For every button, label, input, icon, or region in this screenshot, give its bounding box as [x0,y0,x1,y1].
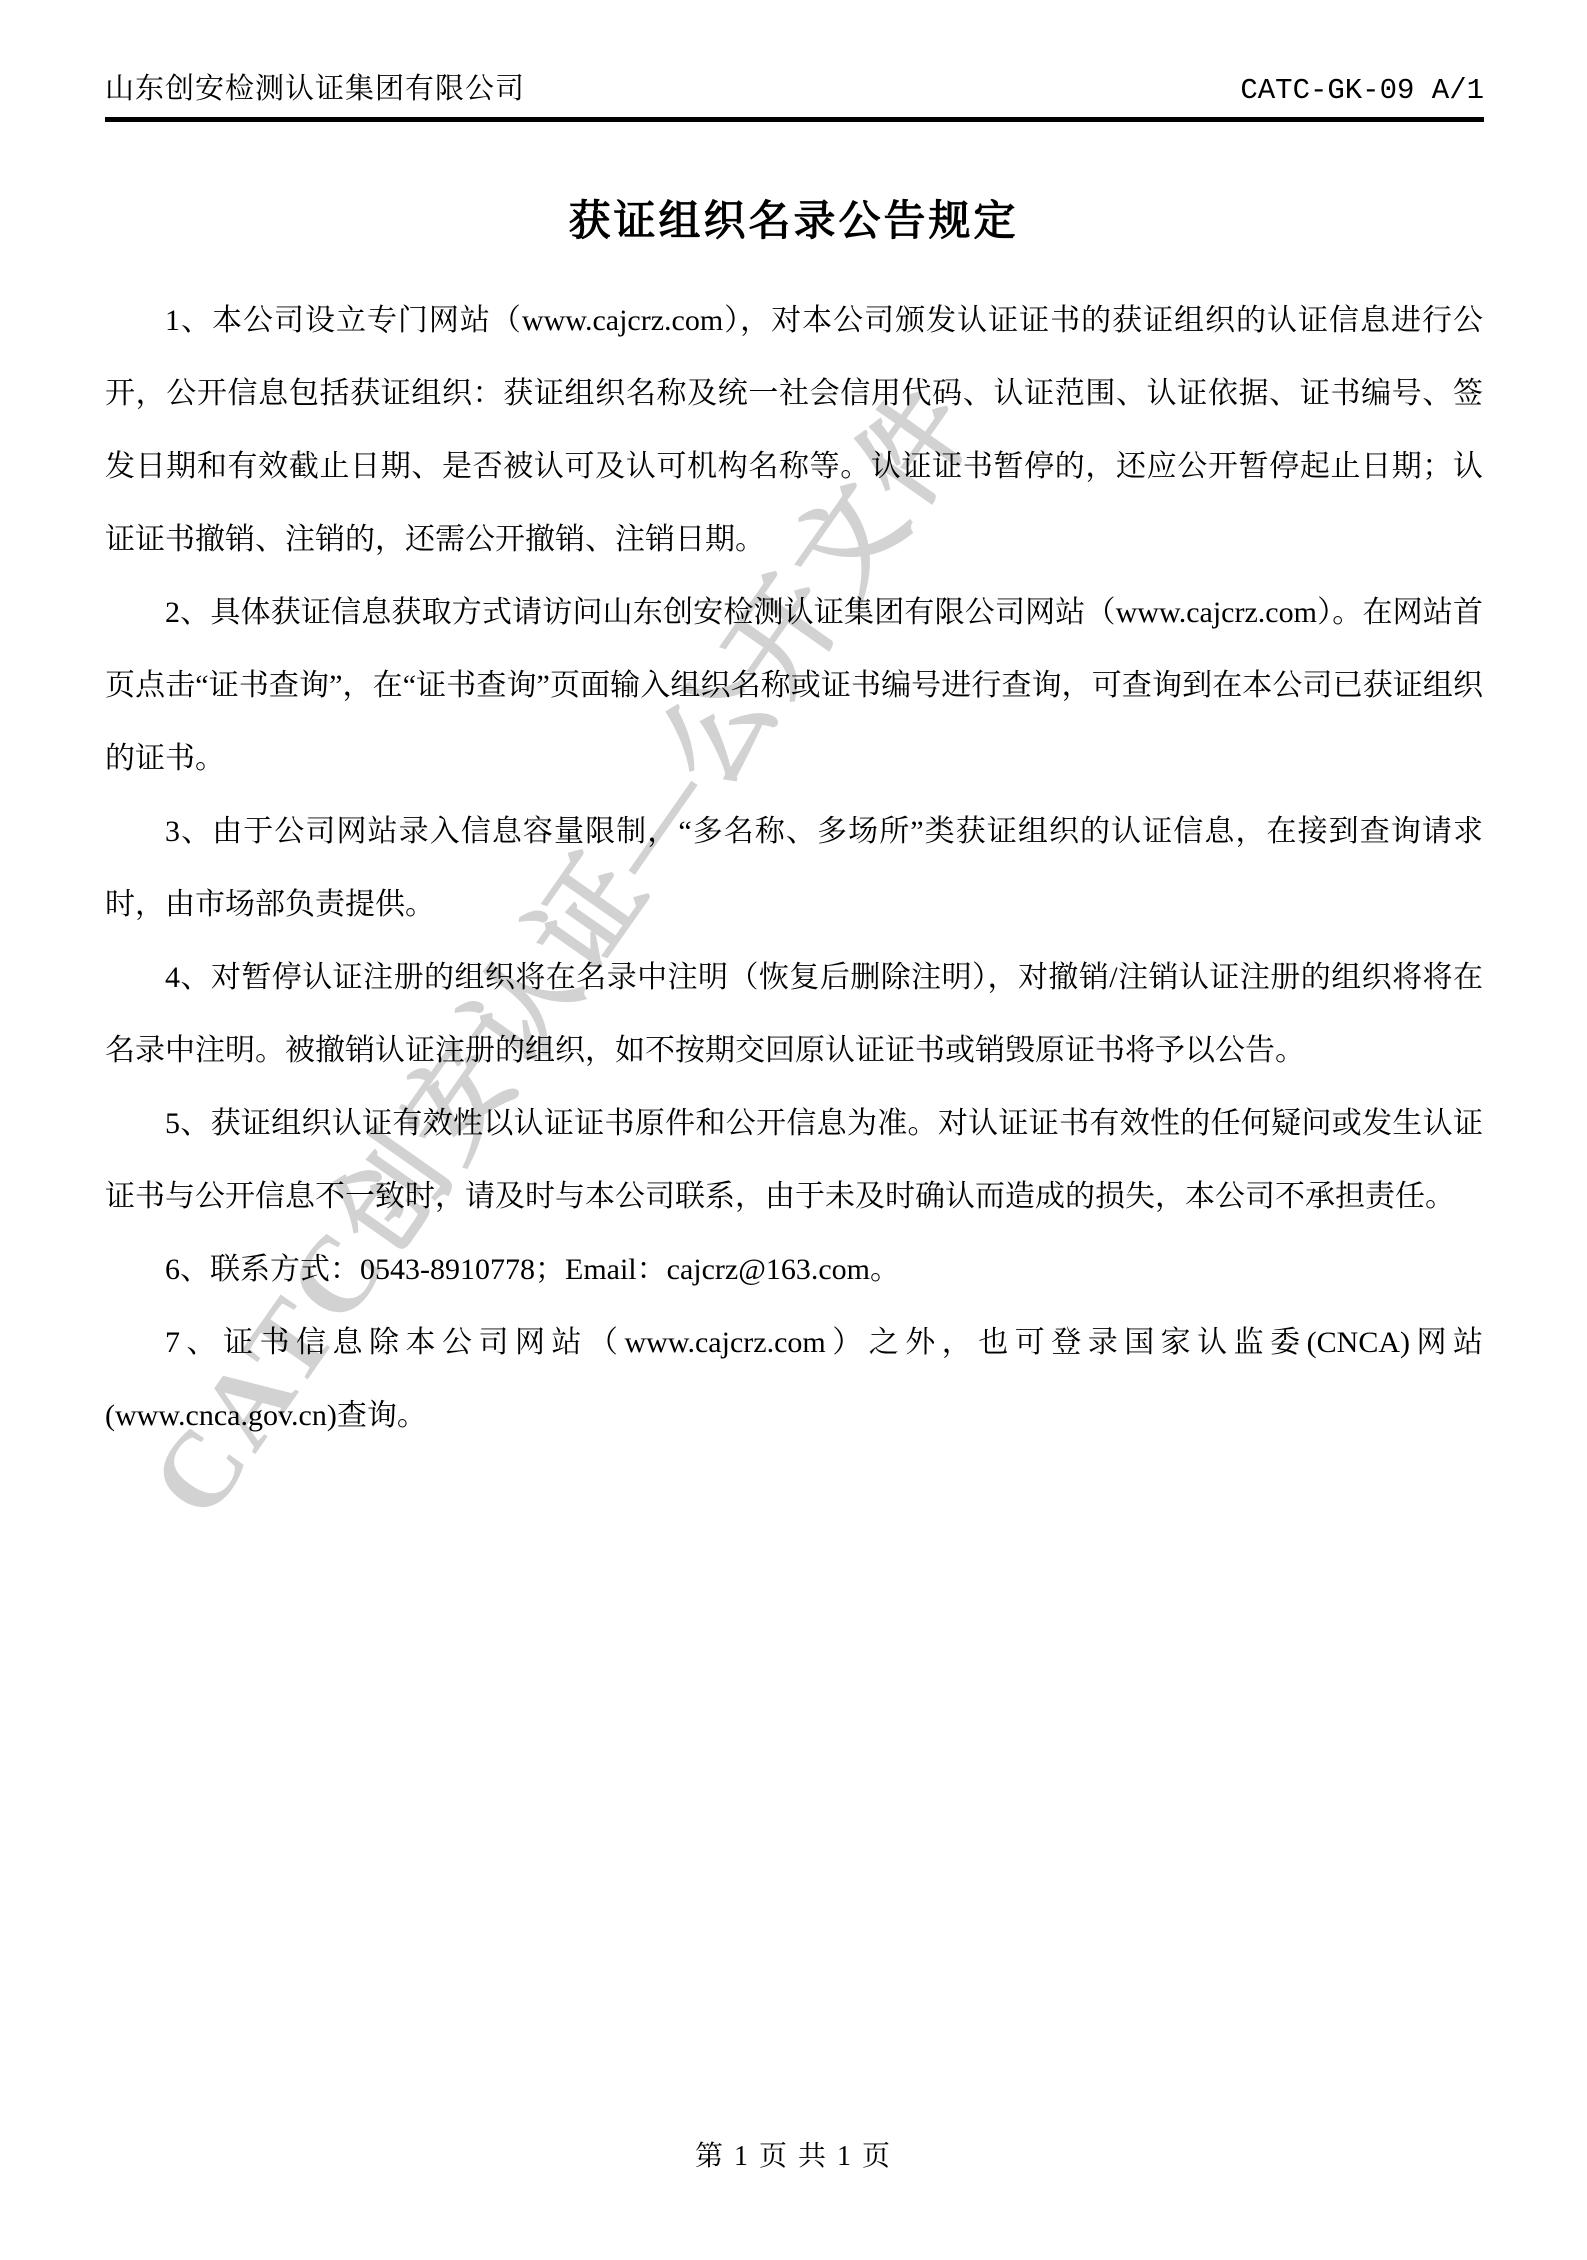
body-paragraph-6: 6、联系方式：0543-8910778；Email：cajcrz@163.com… [105,1233,1483,1306]
body-paragraph-1: 1、本公司设立专门网站（www.cajcrz.com），对本公司颁发认证证书的获… [105,284,1483,576]
body-paragraph-4: 4、对暂停认证注册的组织将在名录中注明（恢复后删除注明），对撤销/注销认证注册的… [105,941,1483,1087]
page-title: 获证组织名录公告规定 [0,188,1587,248]
document-page: CATC创安认证—公开文件 山东创安检测认证集团有限公司 CATC-GK-09 … [0,0,1587,2260]
header-doc-code: CATC-GK-09 A/1 [1240,74,1484,107]
page-header: 山东创安检测认证集团有限公司 CATC-GK-09 A/1 [105,0,1484,107]
page-number: 第 1 页 共 1 页 [0,2134,1587,2174]
header-company-name: 山东创安检测认证集团有限公司 [105,66,525,107]
header-divider [105,117,1484,122]
body-paragraph-2: 2、具体获证信息获取方式请访问山东创安检测认证集团有限公司网站（www.cajc… [105,576,1483,795]
body-paragraph-7: 7、证书信息除本公司网站（www.cajcrz.com）之外，也可登录国家认监委… [105,1306,1483,1452]
document-content: 山东创安检测认证集团有限公司 CATC-GK-09 A/1 获证组织名录公告规定… [0,0,1587,1452]
body-paragraph-5: 5、获证组织认证有效性以认证证书原件和公开信息为准。对认证证书有效性的任何疑问或… [105,1087,1483,1233]
body-paragraph-3: 3、由于公司网站录入信息容量限制，“多名称、多场所”类获证组织的认证信息，在接到… [105,795,1483,941]
document-body: 1、本公司设立专门网站（www.cajcrz.com），对本公司颁发认证证书的获… [105,284,1483,1452]
